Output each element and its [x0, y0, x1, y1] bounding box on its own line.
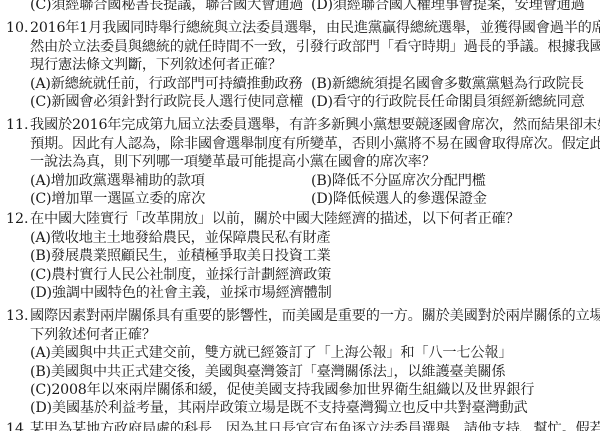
option-label: (D) — [311, 191, 333, 207]
option-c: (C)增加單一選區立委的席次 — [30, 190, 205, 208]
option-d: (D)美國基於利益考量，其兩岸政策立場是既不支持臺灣獨立也反中共對臺灣動武 — [30, 399, 527, 417]
option-c: (C)2008年以來兩岸關係和緩，促使美國支持我國參加世界衛生組織以及世界銀行 — [30, 381, 534, 399]
prev-option-c: (C)須經聯合國秘書長提議，聯合國大會通過 — [30, 0, 303, 14]
option-label: (D) — [311, 94, 333, 110]
option-label: (B) — [30, 364, 51, 380]
option-text: 增加單一選區立委的席次 — [51, 191, 205, 207]
option-label: (A) — [30, 230, 51, 246]
option-a: (A)美國與中共正式建交前，雙方就已經簽訂了「上海公報」和「八一七公報」 — [30, 344, 512, 362]
option-text: 強調中國特色的社會主義，並採市場經濟體制 — [52, 285, 332, 301]
question-number: 11. — [6, 116, 29, 134]
option-text: 增加政黨選舉補助的款項 — [51, 173, 205, 189]
option-text: 美國與中共正式建交後，美國與臺灣簽訂「臺灣關係法」，以維護臺美關係 — [51, 364, 506, 380]
option-label: (D) — [30, 285, 52, 301]
option-a: (A)徵收地主土地發給農民，並保障農民私有財產 — [30, 229, 330, 247]
option-label: (C) — [30, 191, 51, 207]
option-label: (C) — [30, 94, 51, 110]
option-text: 徵收地主土地發給農民，並保障農民私有財產 — [51, 230, 331, 246]
question-stem-line: 我國於2016年完成第九屆立法委員選舉，有許多新興小黨想要競逐國會席次，然而結果… — [30, 116, 600, 134]
option-text: 須經聯合國秘書長提議，聯合國大會通過 — [51, 0, 303, 13]
question-stem-line: 然由於立法委員與總統的就任時間不一致，引發行政部門「看守時期」過長的爭議。根據我… — [30, 38, 600, 56]
option-label: (C) — [30, 0, 51, 13]
question-stem-line: 一說法為真，則下列哪一項變革最可能提高小黨在國會的席次率？ — [30, 153, 436, 171]
question-number: 12. — [6, 210, 29, 228]
option-label: (A) — [30, 345, 51, 361]
option-d: (D)看守的行政院長任命閣員須經新總統同意 — [311, 93, 585, 111]
option-text: 農村實行人民公社制度，並採行計劃經濟政策 — [51, 267, 331, 283]
option-label: (D) — [30, 400, 52, 416]
option-text: 看守的行政院長任命閣員須經新總統同意 — [333, 94, 585, 110]
option-text: 新總統就任前，行政部門可持續推動政務 — [51, 76, 303, 92]
option-b: (B)美國與中共正式建交後，美國與臺灣簽訂「臺灣關係法」，以維護臺美關係 — [30, 363, 505, 381]
option-d: (D)強調中國特色的社會主義，並採市場經濟體制 — [30, 284, 332, 302]
option-text: 降低候選人的參選保證金 — [333, 191, 487, 207]
option-c: (C)新國會必須針對行政院長人選行使同意權 — [30, 93, 303, 111]
option-b: (B)發展農業照顧民生，並積極爭取美日投資工業 — [30, 247, 331, 265]
option-c: (C)農村實行人民公社制度，並採行計劃經濟政策 — [30, 266, 331, 284]
question-stem-line: 在中國大陸實行「改革開放」以前，關於中國大陸經濟的描述，以下何者正確？ — [30, 210, 520, 228]
option-d: (D)降低候選人的參選保證金 — [311, 190, 487, 208]
question-number: 13. — [6, 307, 29, 325]
exam-page: (C)須經聯合國秘書長提議，聯合國大會通過 (D)須經聯合國人權理事會提案，安理… — [0, 0, 600, 431]
question-stem-line: 下列敘述何者正確？ — [30, 326, 156, 344]
question-number: 10. — [6, 19, 29, 37]
option-text: 新總統須提名國會多數黨黨魁為行政院長 — [332, 76, 584, 92]
question-stem-line: 某甲為某地方政府局處的科長，因為其日長官宣布角逐立法委員選舉，請他支持、幫忙。假… — [30, 420, 600, 431]
option-a: (A)新總統就任前，行政部門可持續推動政務 — [30, 75, 303, 93]
option-text: 須經聯合國人權理事會提案，安理會通過 — [333, 0, 585, 13]
question-stem-line: 預期。因此有人認為，除非國會選舉制度有所變革，否則小黨將不易在國會取得席次。假定… — [30, 135, 600, 153]
option-label: (B) — [311, 173, 332, 189]
option-text: 美國與中共正式建交前，雙方就已經簽訂了「上海公報」和「八一七公報」 — [51, 345, 513, 361]
option-text: 美國基於利益考量，其兩岸政策立場是既不支持臺灣獨立也反中共對臺灣動武 — [52, 400, 528, 416]
option-text: 2008年以來兩岸關係和緩，促使美國支持我國參加世界衛生組織以及世界銀行 — [51, 382, 534, 398]
option-b: (B)降低不分區席次分配門檻 — [311, 172, 486, 190]
question-stem-line: 國際因素對兩岸關係具有重要的影響性，而美國是重要的一方。關於美國對於兩岸關係的立… — [30, 307, 600, 325]
option-label: (B) — [311, 76, 332, 92]
option-b: (B)新總統須提名國會多數黨黨魁為行政院長 — [311, 75, 584, 93]
option-text: 發展農業照顧民生，並積極爭取美日投資工業 — [51, 248, 331, 264]
question-stem-line: 2016年1月我國同時舉行總統與立法委員選舉，由民進黨贏得總統選舉，並獲得國會過… — [30, 19, 600, 37]
option-label: (A) — [30, 173, 51, 189]
option-a: (A)增加政黨選舉補助的款項 — [30, 172, 205, 190]
option-text: 降低不分區席次分配門檻 — [332, 173, 486, 189]
option-label: (D) — [311, 0, 333, 13]
option-label: (A) — [30, 76, 51, 92]
option-text: 新國會必須針對行政院長人選行使同意權 — [51, 94, 303, 110]
question-stem-line: 現行憲法條文判斷，下列敘述何者正確？ — [30, 56, 282, 74]
question-number: 14. — [6, 420, 29, 431]
prev-option-d: (D)須經聯合國人權理事會提案，安理會通過 — [311, 0, 585, 14]
option-label: (B) — [30, 248, 51, 264]
option-label: (C) — [30, 267, 51, 283]
option-label: (C) — [30, 382, 51, 398]
